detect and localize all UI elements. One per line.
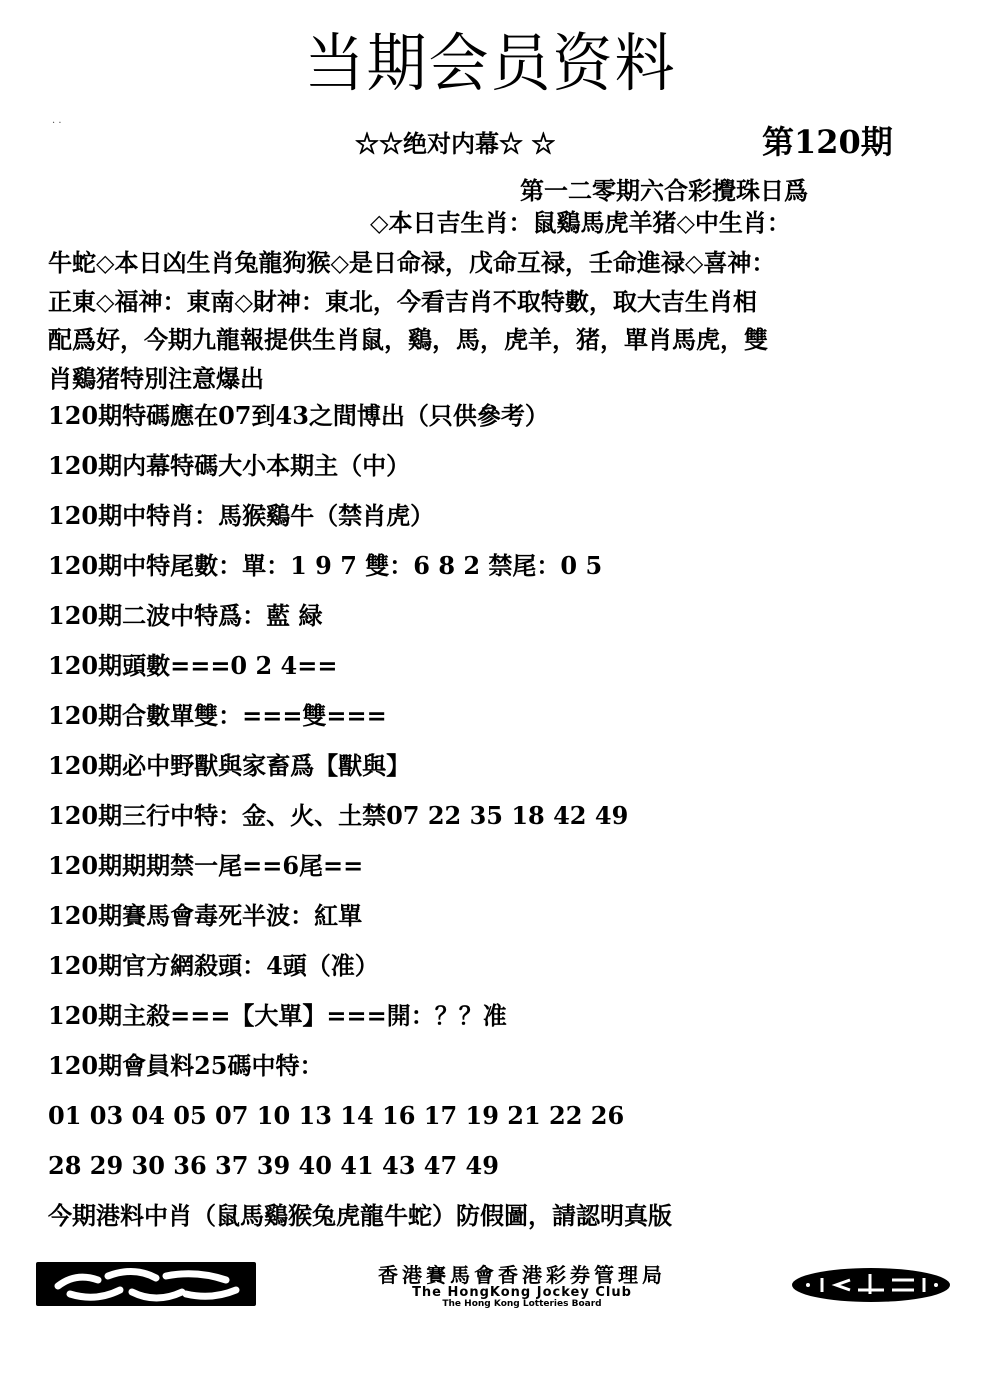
intro-paragraph-line: 配爲好，今期九龍報提供生肖鼠，鷄，馬，虎羊，猪，單肖馬虎，雙 — [48, 321, 898, 360]
prediction-banned-tail: 120期期期禁一尾==6尾== — [48, 846, 948, 896]
prediction-two-colors: 120期二波中特爲：藍 緑 — [48, 596, 948, 646]
footer-english-name: The HongKong Jockey Club — [292, 1286, 752, 1299]
anti-counterfeit-note: 今期港料中肖（鼠馬鷄猴兔虎龍牛蛇）防假圖，請認明真版 — [48, 1196, 948, 1246]
page-title: 当期会员资料 — [0, 26, 981, 102]
subtitle: ☆☆绝对内幕☆ ☆ — [355, 128, 555, 160]
prediction-codes-row-1: 01 03 04 05 07 10 13 14 16 17 19 21 22 2… — [48, 1096, 948, 1146]
intro-line-2: ◇本日吉生肖：鼠鷄馬虎羊猪◇中生肖： — [370, 206, 791, 240]
footer: 香港賽馬會香港彩券管理局 The HongKong Jockey Club Th… — [0, 1262, 981, 1312]
prediction-kill-head: 120期官方網殺頭：4頭（准） — [48, 946, 948, 996]
hkjc-logo-icon — [36, 1262, 256, 1306]
prediction-25-codes-label: 120期會員料25碼中特： — [48, 1046, 948, 1096]
intro-paragraph-line: 牛蛇◇本日凶生肖兔龍狗猴◇是日命禄，戊命互禄，壬命進禄◇喜神： — [48, 244, 898, 283]
footer-english-subname: The Hong Kong Lotteries Board — [292, 1299, 752, 1309]
prediction-odd-even: 120期合數單雙：===雙=== — [48, 696, 948, 746]
issue-number: 第120期 — [762, 122, 893, 162]
footer-chinese-name: 香港賽馬會香港彩券管理局 — [292, 1264, 752, 1286]
intro-line-1: 第一二零期六合彩攪珠日爲 — [520, 174, 808, 208]
footer-organization: 香港賽馬會香港彩券管理局 The HongKong Jockey Club Th… — [292, 1264, 752, 1309]
prediction-tail-numbers: 120期中特尾數：單：1 9 7 雙：6 8 2 禁尾：0 5 — [48, 546, 948, 596]
decorative-dots: · · — [52, 118, 62, 129]
lotteries-board-logo-icon — [792, 1268, 950, 1302]
prediction-zodiac: 120期中特肖：馬猴鷄牛（禁肖虎） — [48, 496, 948, 546]
prediction-special-range: 120期特碼應在07到43之間博出（只供參考） — [48, 396, 948, 446]
prediction-half-wave: 120期賽馬會毒死半波：紅單 — [48, 896, 948, 946]
prediction-main-kill: 120期主殺===【大單】===開：？？准 — [48, 996, 948, 1046]
intro-paragraph-line: 正東◇福神：東南◇財神：東北，今看吉肖不取特數，取大吉生肖相 — [48, 283, 898, 322]
intro-paragraph-line: 肖鷄猪特別注意爆出 — [48, 360, 898, 399]
prediction-three-elements: 120期三行中特：金、火、土禁07 22 35 18 42 49 — [48, 796, 948, 846]
prediction-wild-domestic: 120期必中野獸與家畜爲【獸與】 — [48, 746, 948, 796]
intro-paragraph: 牛蛇◇本日凶生肖兔龍狗猴◇是日命禄，戊命互禄，壬命進禄◇喜神： 正東◇福神：東南… — [48, 244, 898, 398]
prediction-size: 120期内幕特碼大小本期主（中） — [48, 446, 948, 496]
prediction-codes-row-2: 28 29 30 36 37 39 40 41 43 47 49 — [48, 1146, 948, 1196]
prediction-head-numbers: 120期頭數===0 2 4== — [48, 646, 948, 696]
prediction-list: 120期特碼應在07到43之間博出（只供參考） 120期内幕特碼大小本期主（中）… — [48, 396, 948, 1246]
